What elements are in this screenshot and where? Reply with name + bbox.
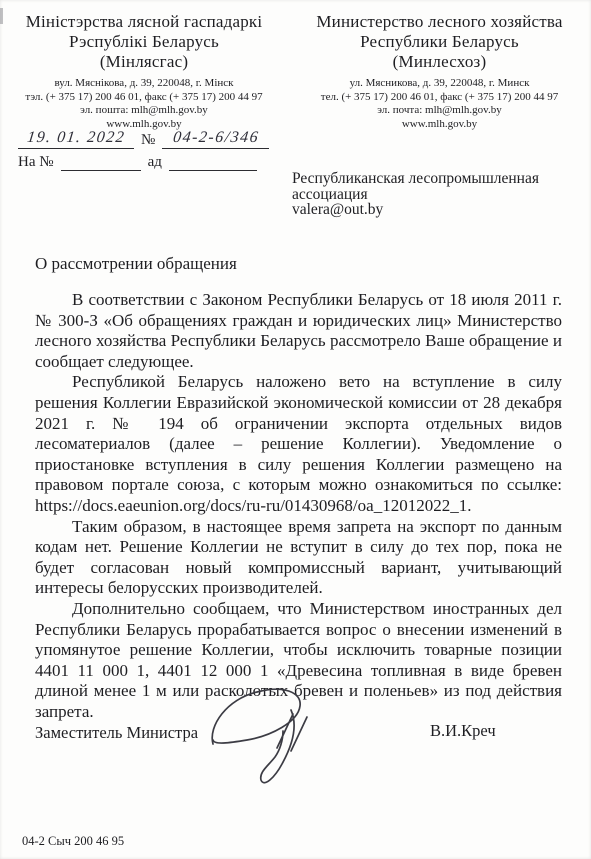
paragraph-intro: В соответствии с Законом Республики Бела…	[35, 290, 562, 372]
org-title-line: (Минлесхоз)	[288, 52, 591, 72]
email-line: эл. почта: mlh@mlh.gov.by	[288, 104, 591, 118]
signer-name: В.И.Креч	[430, 721, 496, 741]
executor-note: 04-2 Сыч 200 46 95	[22, 834, 124, 849]
paragraph-veto: Республикой Беларусь наложено вето на вс…	[35, 372, 562, 516]
reply-from-label: ад	[148, 154, 162, 171]
handwritten-signature-icon	[205, 684, 340, 796]
org-title-line: Міністэрства лясной гаспадаркі	[0, 12, 288, 32]
reply-number-label: На №	[18, 154, 54, 171]
reply-date-blank	[169, 152, 257, 171]
subject-line: О рассмотрении обращения	[35, 254, 237, 274]
phone-fax-line: тэл. (+ 375 17) 200 46 01, факс (+ 375 1…	[0, 91, 288, 105]
scanned-letter-page: Міністэрства лясной гаспадаркі Рэспублік…	[0, 0, 591, 859]
addressee-block: Республиканская лесопромышленная ассоциа…	[292, 171, 539, 218]
letterhead: Міністэрства лясной гаспадаркі Рэспублік…	[0, 12, 591, 131]
addressee-name-line: Республиканская лесопромышленная	[292, 171, 539, 187]
org-title-line: (Мінлясгас)	[0, 52, 288, 72]
handwritten-number: 04-2-6/346	[172, 129, 260, 148]
incoming-reference-row: На № ад	[18, 152, 278, 171]
org-address-ru: ул. Мясникова, д. 39, 220048, г. Минск т…	[288, 77, 591, 131]
outgoing-reference-row: 19. 01. 2022 № 04-2-6/346	[18, 129, 278, 149]
outgoing-number-field: 04-2-6/346	[162, 129, 269, 149]
reference-block: 19. 01. 2022 № 04-2-6/346 На № ад	[18, 129, 278, 171]
number-label: №	[141, 132, 155, 149]
org-title-line: Рэспублікі Беларусь	[0, 32, 288, 52]
website-line: www.mlh.gov.by	[288, 118, 591, 132]
org-title-line: Министерство лесного хозяйства	[288, 12, 591, 32]
letter-body: В соответствии с Законом Республики Бела…	[35, 290, 562, 722]
org-title-line: Республики Беларусь	[288, 32, 591, 52]
addressee-email: valera@out.by	[292, 202, 539, 218]
address-line: ул. Мясникова, д. 39, 220048, г. Минск	[288, 77, 591, 91]
letterhead-belarusian: Міністэрства лясной гаспадаркі Рэспублік…	[0, 12, 288, 131]
handwritten-date: 19. 01. 2022	[26, 129, 126, 148]
signer-position: Заместитель Министра	[35, 723, 198, 743]
reply-number-blank	[61, 152, 141, 171]
org-address-by: вул. Мяснікова, д. 39, 220048, г. Мінск …	[0, 77, 288, 131]
org-title-by: Міністэрства лясной гаспадаркі Рэспублік…	[0, 12, 288, 72]
org-title-ru: Министерство лесного хозяйства Республик…	[288, 12, 591, 72]
address-line: вул. Мяснікова, д. 39, 220048, г. Мінск	[0, 77, 288, 91]
email-line: эл. пошта: mlh@mlh.gov.by	[0, 104, 288, 118]
date-field: 19. 01. 2022	[18, 129, 134, 149]
phone-fax-line: тел. (+ 375 17) 200 46 01, факс (+ 375 1…	[288, 91, 591, 105]
letterhead-russian: Министерство лесного хозяйства Республик…	[288, 12, 591, 131]
paragraph-status: Таким образом, в настоящее время запрета…	[35, 517, 562, 599]
addressee-name-line: ассоциация	[292, 187, 539, 203]
